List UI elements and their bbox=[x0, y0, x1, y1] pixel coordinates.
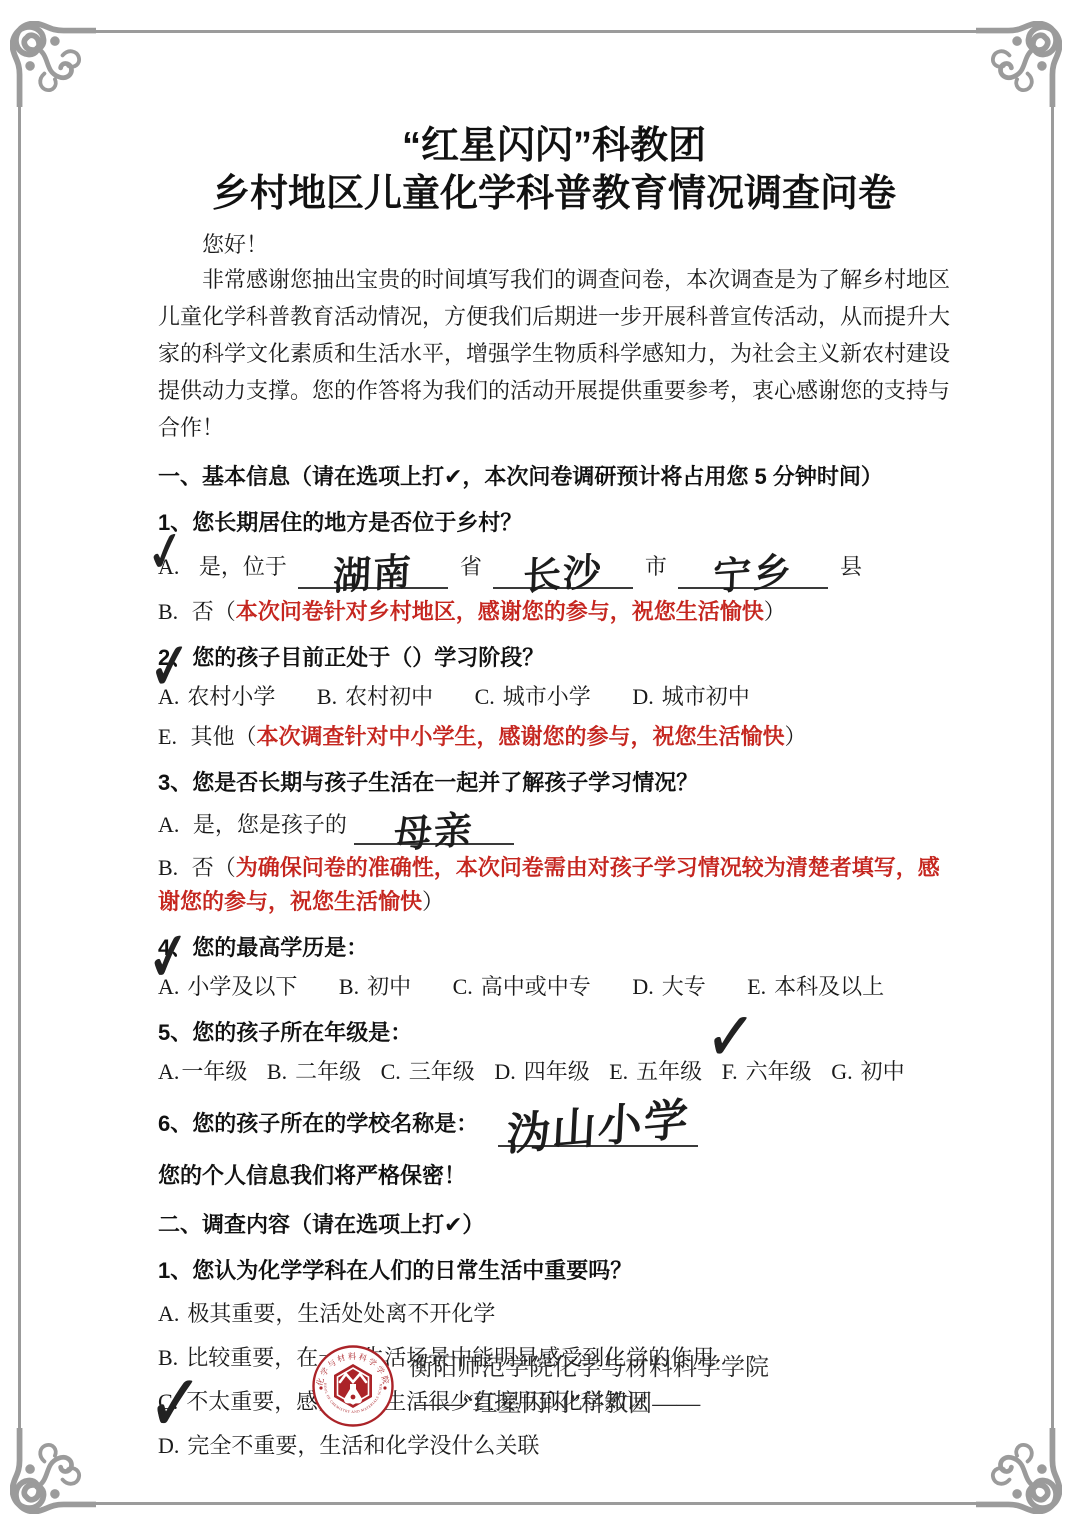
option-letter: A. bbox=[158, 684, 179, 709]
q1-option-a-letter-wrap: ✓ A. bbox=[158, 545, 187, 589]
q2-option-c: C.城市小学 bbox=[475, 680, 591, 714]
q5-option-g: G.初中 bbox=[831, 1055, 904, 1089]
q1-a-text4: 县 bbox=[840, 554, 862, 579]
questionnaire-content: “红星闪闪”科教团 乡村地区儿童化学科普教育情况调查问卷 您好！ 非常感谢您抽出… bbox=[158, 122, 950, 1463]
q3-relation-blank: 母亲 bbox=[354, 813, 514, 845]
option-letter: E. bbox=[158, 724, 177, 749]
handwritten-relation: 母亲 bbox=[394, 809, 475, 855]
q2-e-red-note: 本次调查针对中小学生，感谢您的参与，祝您生活愉快 bbox=[256, 724, 784, 749]
q1-label: 1、您长期居住的地方是否位于乡村？ bbox=[158, 506, 950, 539]
footer: 化学与材料科学学院 SCHOOL OF CHEMISTRY AND MATERI… bbox=[0, 1344, 1080, 1428]
corner-flourish-icon bbox=[10, 1428, 96, 1514]
option-letter: B. bbox=[339, 974, 359, 999]
option-text: 一年级 bbox=[181, 1059, 247, 1084]
handwritten-county: 宁乡 bbox=[713, 549, 794, 599]
option-text: 农村初中 bbox=[345, 684, 433, 709]
q3-b-suffix: ） bbox=[422, 889, 444, 914]
q2-options-row: ✓ A.农村小学 B.农村初中 C.城市小学 D.城市初中 bbox=[158, 680, 950, 714]
footer-text-block: 衡阳师范学院化学与材料科学学院 ——“红星闪闪”科教团—— bbox=[409, 1350, 769, 1422]
option-letter: B. bbox=[158, 855, 178, 880]
q5-option-c: C.三年级 bbox=[381, 1055, 475, 1089]
q6-school-blank: 沩山小学 bbox=[498, 1115, 698, 1147]
q1-option-a: ✓ A. 是，位于 湖南 省 长沙 市 宁乡 县 bbox=[158, 545, 950, 589]
option-letter: C. bbox=[381, 1059, 401, 1084]
option-letter: B. bbox=[267, 1059, 287, 1084]
privacy-note: 您的个人信息我们将严格保密！ bbox=[158, 1159, 950, 1190]
option-text: 大专 bbox=[662, 974, 706, 999]
option-letter: C. bbox=[453, 974, 473, 999]
corner-flourish-icon bbox=[976, 21, 1062, 107]
q6-row: 6、您的孩子所在的学校名称是： 沩山小学 bbox=[158, 1101, 950, 1147]
q1-city-blank: 长沙 bbox=[493, 557, 633, 589]
q1-a-text3: 市 bbox=[645, 554, 667, 579]
greeting-text: 您好！ bbox=[202, 228, 950, 259]
option-text: 六年级 bbox=[746, 1059, 812, 1084]
option-letter: F. bbox=[722, 1059, 738, 1084]
school-logo-icon: 化学与材料科学学院 SCHOOL OF CHEMISTRY AND MATERI… bbox=[311, 1344, 395, 1428]
option-letter: D. bbox=[632, 684, 653, 709]
option-letter: B. bbox=[317, 684, 337, 709]
option-letter: B. bbox=[158, 599, 178, 624]
q2-option-b: B.农村初中 bbox=[317, 680, 433, 714]
option-text: 城市初中 bbox=[662, 684, 750, 709]
option-letter: D. bbox=[632, 974, 653, 999]
intro-paragraph: 非常感谢您抽出宝贵的时间填写我们的调查问卷，本次调查是为了解乡村地区儿童化学科普… bbox=[158, 261, 950, 446]
frame-border-left bbox=[18, 100, 21, 1428]
s2-q1-label: 1、您认为化学学科在人们的日常生活中重要吗？ bbox=[158, 1254, 950, 1287]
option-letter: A. bbox=[158, 1059, 179, 1084]
section-basic-heading: 一、基本信息（请在选项上打✔，本次问卷调研预计将占用您 5 分钟时间） bbox=[158, 460, 950, 494]
frame-border-right bbox=[1051, 100, 1054, 1428]
option-text: 完全不重要，生活和化学没什么关联 bbox=[187, 1433, 539, 1458]
q1-a-text2: 省 bbox=[460, 554, 482, 579]
q6-label: 6、您的孩子所在的学校名称是： bbox=[158, 1111, 478, 1136]
option-letter: D. bbox=[494, 1059, 515, 1084]
q4-option-a: ✓ A.小学及以下 bbox=[158, 970, 297, 1004]
q1-a-text1: 是，位于 bbox=[199, 554, 287, 579]
q5-option-a: A.一年级 bbox=[158, 1055, 247, 1089]
q4-option-b: B.初中 bbox=[339, 970, 411, 1004]
q3-option-b: B. 否（为确保问卷的准确性，本次问卷需由对孩子学习情况较为清楚者填写，感谢您的… bbox=[158, 851, 950, 919]
option-text: 初中 bbox=[861, 1059, 905, 1084]
handwritten-city: 长沙 bbox=[523, 549, 604, 599]
q2-option-e: E. 其他（本次调查针对中小学生，感谢您的参与，祝您生活愉快） bbox=[158, 720, 950, 754]
option-text: 农村小学 bbox=[187, 684, 275, 709]
option-text: 二年级 bbox=[295, 1059, 361, 1084]
option-text: 四年级 bbox=[524, 1059, 590, 1084]
q4-option-d: D.大专 bbox=[632, 970, 705, 1004]
option-letter: A. bbox=[158, 974, 179, 999]
corner-flourish-icon bbox=[10, 21, 96, 107]
q5-option-d: D.四年级 bbox=[494, 1055, 589, 1089]
q3-label: 3、您是否长期与孩子生活在一起并了解孩子学习情况？ bbox=[158, 766, 950, 799]
questionnaire-page: “红星闪闪”科教团 乡村地区儿童化学科普教育情况调查问卷 您好！ 非常感谢您抽出… bbox=[0, 0, 1080, 1526]
footer-org-name: 衡阳师范学院化学与材料科学学院 bbox=[409, 1350, 769, 1386]
frame-border-top bbox=[92, 30, 978, 33]
frame-border-bottom bbox=[92, 1502, 978, 1505]
option-letter: E. bbox=[609, 1059, 628, 1084]
option-letter: G. bbox=[831, 1059, 852, 1084]
q2-label: 2、您的孩子目前正处于（）学习阶段？ bbox=[158, 641, 950, 674]
q4-options-row: ✓ A.小学及以下 B.初中 C.高中或中专 D.大专 E.本科及以上 bbox=[158, 970, 950, 1004]
q4-option-e: E.本科及以上 bbox=[747, 970, 884, 1004]
option-text: 小学及以下 bbox=[187, 974, 297, 999]
option-text: 高中或中专 bbox=[481, 974, 591, 999]
page-title-line2: 乡村地区儿童化学科普教育情况调查问卷 bbox=[158, 170, 950, 218]
q2-e-suffix: ） bbox=[784, 724, 806, 749]
option-letter: C. bbox=[475, 684, 495, 709]
q5-options-row: A.一年级 B.二年级 C.三年级 D.四年级 E.五年级 ✓ F.六年级 G.… bbox=[158, 1055, 950, 1089]
option-text: 本科及以上 bbox=[774, 974, 884, 999]
option-text: 五年级 bbox=[636, 1059, 702, 1084]
option-letter: D. bbox=[158, 1433, 179, 1458]
option-letter: A. bbox=[158, 812, 179, 837]
q1-county-blank: 宁乡 bbox=[678, 557, 828, 589]
q1-b-red-note: 本次问卷针对乡村地区，感谢您的参与，祝您生活愉快 bbox=[236, 599, 764, 624]
footer-team-name: ——“红星闪闪”科教团—— bbox=[409, 1386, 769, 1422]
q4-label: 4、您的最高学历是： bbox=[158, 931, 950, 964]
q5-option-e: E.五年级 bbox=[609, 1055, 702, 1089]
corner-flourish-icon bbox=[976, 1428, 1062, 1514]
q2-option-d: D.城市初中 bbox=[632, 680, 749, 714]
option-text: 初中 bbox=[367, 974, 411, 999]
q3-a-text: 是，您是孩子的 bbox=[193, 812, 347, 837]
q4-option-c: C.高中或中专 bbox=[453, 970, 591, 1004]
q1-option-b: B. 否（本次问卷针对乡村地区，感谢您的参与，祝您生活愉快） bbox=[158, 595, 950, 629]
q1-b-suffix: ） bbox=[764, 599, 786, 624]
option-letter: E. bbox=[747, 974, 766, 999]
page-title-line1: “红星闪闪”科教团 bbox=[158, 122, 950, 170]
q1-b-prefix: 否（ bbox=[192, 599, 236, 624]
handwritten-province: 湖南 bbox=[333, 549, 414, 599]
q3-option-a: A. 是，您是孩子的 母亲 bbox=[158, 805, 950, 845]
option-letter: A. bbox=[158, 554, 179, 579]
q3-b-prefix: 否（ bbox=[192, 855, 236, 880]
q2-e-prefix: 其他（ bbox=[190, 724, 256, 749]
s2-q1-option-a: A.极其重要，生活处处离不开化学 bbox=[158, 1297, 950, 1331]
q3-b-red-note: 为确保问卷的准确性，本次问卷需由对孩子学习情况较为清楚者填写，感谢您的参与，祝您… bbox=[158, 855, 940, 914]
option-text: 城市小学 bbox=[503, 684, 591, 709]
s2-q1-option-d: ✓ D.完全不重要，生活和化学没什么关联 bbox=[158, 1429, 950, 1463]
option-letter: A. bbox=[158, 1301, 179, 1326]
option-text: 三年级 bbox=[409, 1059, 475, 1084]
q2-option-a: ✓ A.农村小学 bbox=[158, 680, 275, 714]
q5-label: 5、您的孩子所在年级是： bbox=[158, 1016, 950, 1049]
section-survey-heading: 二、调查内容（请在选项上打✔） bbox=[158, 1208, 950, 1242]
q5-option-b: B.二年级 bbox=[267, 1055, 361, 1089]
handwritten-school-name: 沩山小学 bbox=[506, 1097, 692, 1159]
q1-province-blank: 湖南 bbox=[298, 557, 448, 589]
q5-option-f: ✓ F.六年级 bbox=[722, 1055, 812, 1089]
option-text: 极其重要，生活处处离不开化学 bbox=[187, 1301, 495, 1326]
